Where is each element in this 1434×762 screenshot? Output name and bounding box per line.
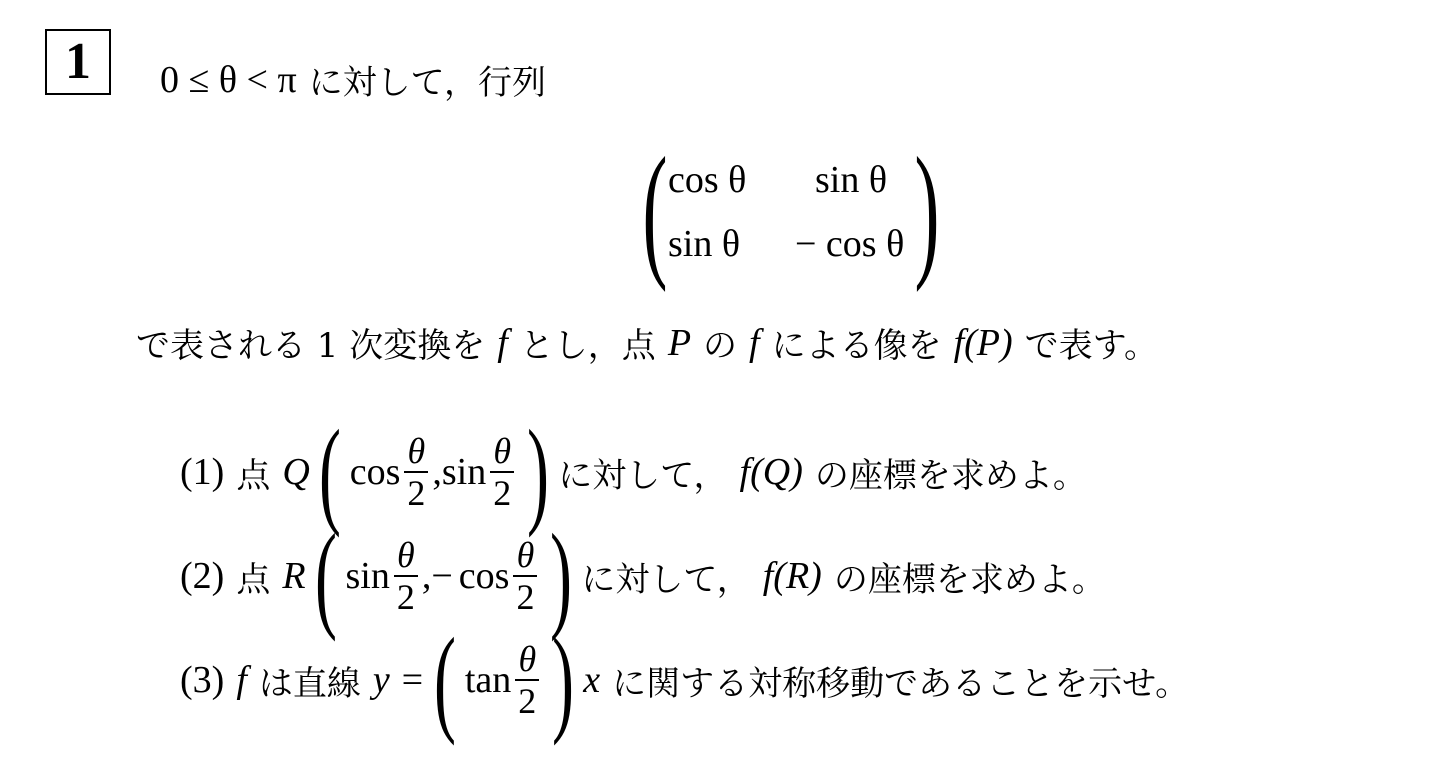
definition-text-4: による像を	[772, 318, 942, 367]
problem-number-box: 1	[45, 29, 111, 95]
cos-fn: cos	[350, 450, 401, 494]
question-label: (3)	[180, 658, 224, 702]
frac-denominator: 2	[493, 473, 511, 513]
image-fr: f(R)	[763, 554, 822, 598]
frac-numerator: θ	[408, 431, 426, 471]
point-p: P	[668, 321, 691, 365]
matrix-left-paren: (	[642, 140, 667, 280]
comma: ,	[422, 554, 432, 598]
right-paren: )	[550, 526, 572, 626]
point-prefix: 点	[236, 552, 270, 601]
question-label: (1)	[180, 450, 224, 494]
question-text-1: に対して，	[581, 552, 750, 601]
fraction-theta-over-2: θ 2	[515, 639, 539, 721]
frac-denominator: 2	[397, 577, 415, 617]
line-equation-lhs: y =	[373, 658, 425, 702]
definition-text-1: で表される 1 次変換を	[136, 318, 485, 367]
sin-fn: sin	[442, 450, 486, 494]
question-text-1: に対して，	[558, 448, 727, 497]
frac-denominator: 2	[518, 681, 536, 721]
definition-text-5: で表す。	[1025, 318, 1158, 367]
point-r: R	[282, 554, 305, 598]
right-paren: )	[527, 422, 549, 522]
matrix-cell-12: sin θ	[815, 158, 887, 202]
frac-numerator: θ	[397, 535, 415, 575]
cos-fn: cos	[459, 554, 510, 598]
matrix-cell-11: cos θ	[668, 158, 746, 202]
frac-numerator: θ	[493, 431, 511, 471]
fraction-theta-over-2: θ 2	[490, 431, 514, 513]
matrix-cell-22: − cos θ	[795, 222, 904, 266]
question-text-2: に関する対称移動であることを示せ。	[612, 656, 1189, 705]
fraction-theta-over-2: θ 2	[404, 431, 428, 513]
frac-denominator: 2	[516, 577, 534, 617]
question-text-1: は直線	[259, 656, 361, 705]
tan-fn: tan	[465, 658, 511, 702]
left-paren: (	[319, 422, 341, 522]
fraction-theta-over-2: θ 2	[513, 535, 537, 617]
image-fq: f(Q)	[740, 450, 803, 494]
question-2: (2) 点 R ( sin θ 2 , − cos θ 2 ) に対して， f(…	[180, 524, 1106, 628]
matrix-right-paren: )	[914, 140, 939, 280]
point-prefix: 点	[236, 448, 270, 497]
question-text-2: の座標を求めよ。	[815, 448, 1087, 497]
definition-text-2: とし，点	[520, 318, 656, 367]
variable-x: x	[583, 658, 600, 702]
frac-denominator: 2	[407, 473, 425, 513]
fraction-theta-over-2: θ 2	[394, 535, 418, 617]
problem-number: 1	[65, 36, 91, 88]
right-paren: )	[552, 630, 574, 730]
matrix-cell-21: sin θ	[668, 222, 740, 266]
minus-sign: −	[431, 554, 452, 598]
theta-condition: 0 ≤ θ < π	[160, 58, 297, 102]
function-f: f	[236, 658, 247, 702]
left-paren: (	[434, 630, 456, 730]
rotation-matrix: ( cos θ sin θ sin θ − cos θ )	[640, 148, 940, 276]
point-q: Q	[282, 450, 309, 494]
function-f: f	[497, 321, 508, 365]
image-fp: f(P)	[954, 321, 1013, 365]
comma: ,	[432, 450, 442, 494]
frac-numerator: θ	[517, 535, 535, 575]
question-text-2: の座標を求めよ。	[834, 552, 1106, 601]
left-paren: (	[315, 526, 337, 626]
intro-text: に対して，行列	[309, 55, 546, 104]
definition-text-3: の	[703, 318, 737, 367]
function-f: f	[749, 321, 760, 365]
intro-line: 0 ≤ θ < π に対して，行列	[160, 55, 546, 104]
question-label: (2)	[180, 554, 224, 598]
question-3: (3) f は直線 y = ( tan θ 2 ) x に関する対称移動であるこ…	[180, 628, 1189, 732]
sin-fn: sin	[346, 554, 390, 598]
frac-numerator: θ	[518, 639, 536, 679]
definition-line: で表される 1 次変換を f とし，点 P の f による像を f(P) で表す…	[136, 318, 1158, 367]
